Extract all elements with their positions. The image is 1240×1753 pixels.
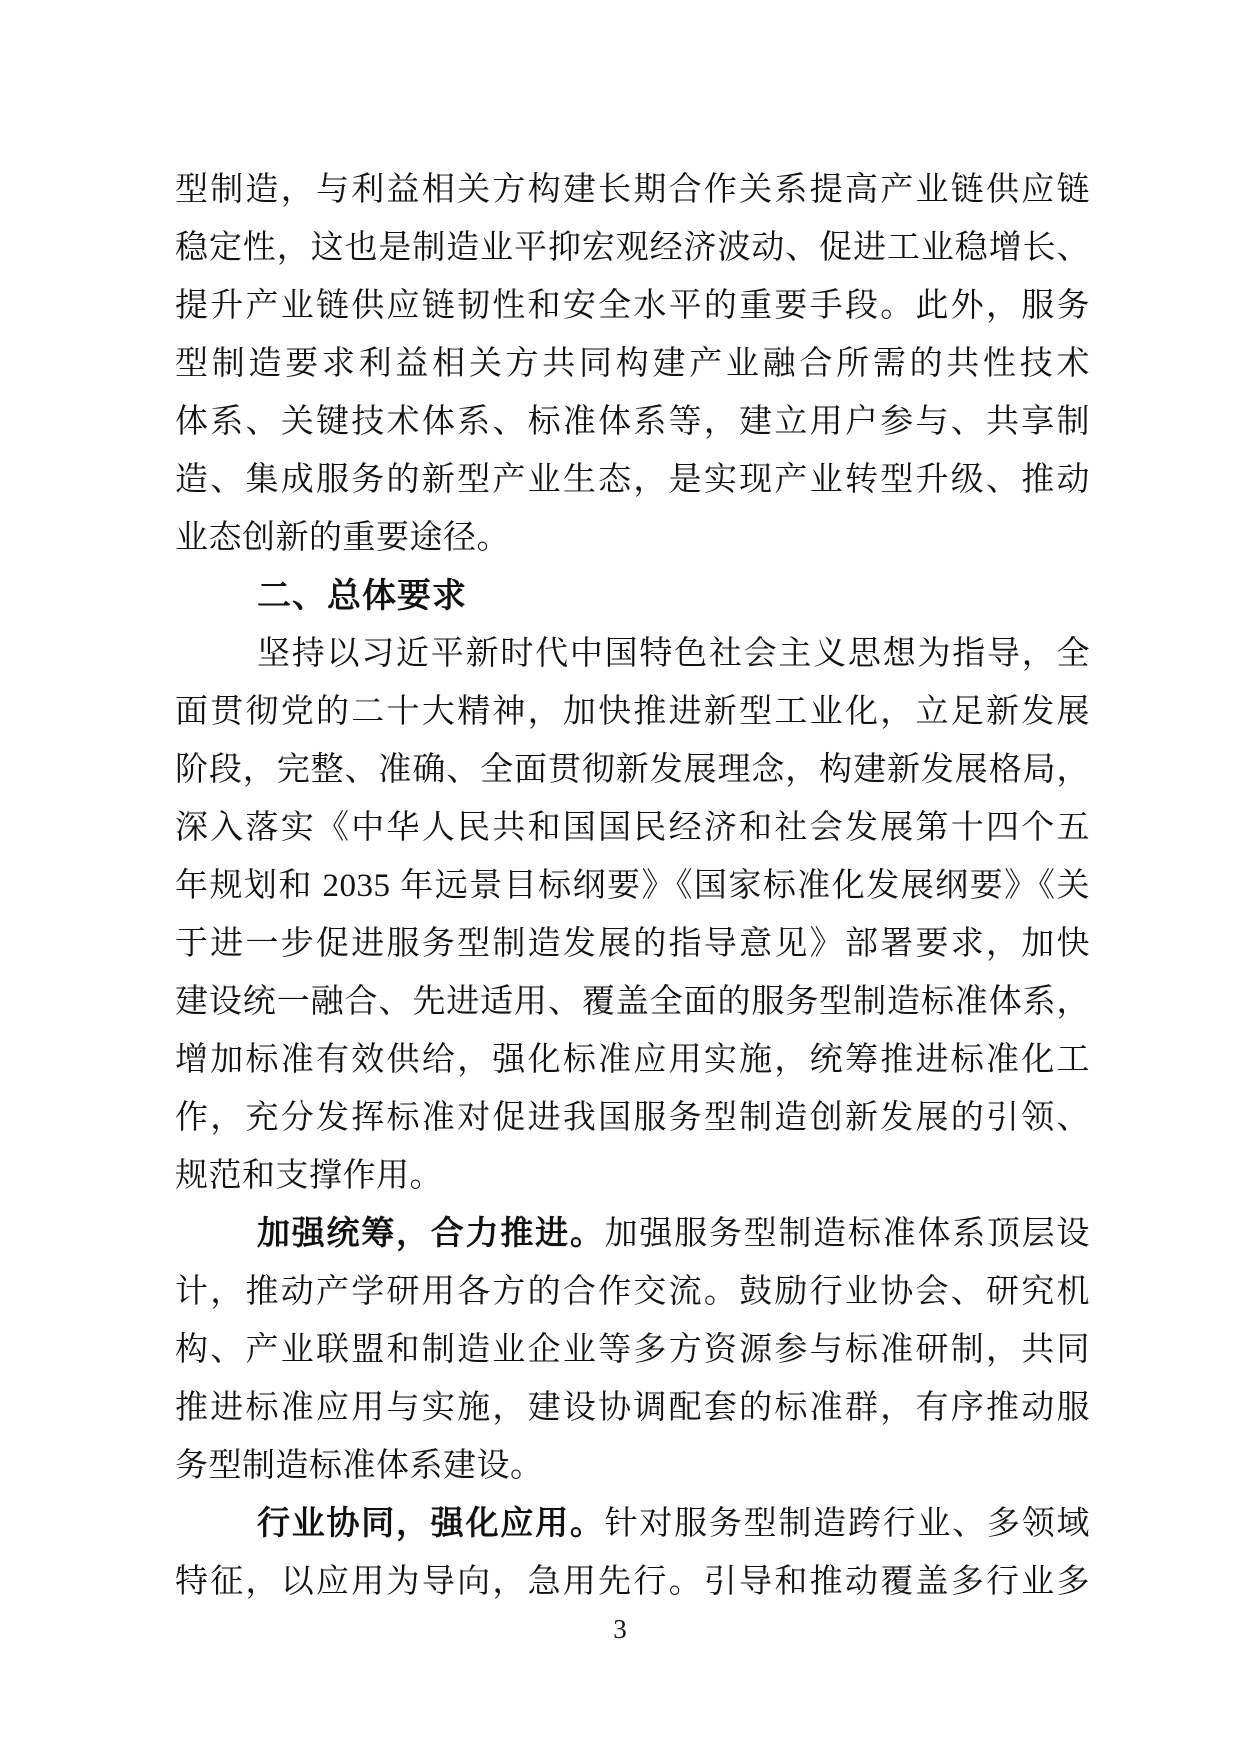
text-line: 作，充分发挥标准对促进我国服务型制造创新发展的引领、 bbox=[175, 1089, 1090, 1147]
text-line: 提升产业链供应链韧性和安全水平的重要手段。此外，服务 bbox=[175, 277, 1090, 335]
text-line: 增加标准有效供给，强化标准应用实施，统筹推进标准化工 bbox=[175, 1031, 1090, 1089]
text-line: 于进一步促进服务型制造发展的指导意见》部署要求，加快 bbox=[175, 915, 1090, 973]
text-line: 业态创新的重要途径。 bbox=[175, 509, 1090, 567]
text-line: 推进标准应用与实施，建设协调配套的标准群，有序推动服 bbox=[175, 1379, 1090, 1437]
text-line: 坚持以习近平新时代中国特色社会主义思想为指导，全 bbox=[175, 625, 1090, 683]
text-line: 加强统筹，合力推进。加强服务型制造标准体系顶层设 bbox=[175, 1205, 1090, 1263]
text-line: 行业协同，强化应用。针对服务型制造跨行业、多领域 bbox=[175, 1495, 1090, 1553]
text-line: 建设统一融合、先进适用、覆盖全面的服务型制造标准体系， bbox=[175, 973, 1090, 1031]
paragraph-4: 行业协同，强化应用。针对服务型制造跨行业、多领域 特征，以应用为导向，急用先行。… bbox=[175, 1495, 1090, 1611]
paragraph-lead: 加强统筹，合力推进。 bbox=[257, 1216, 605, 1252]
paragraph-3: 加强统筹，合力推进。加强服务型制造标准体系顶层设 计，推动产学研用各方的合作交流… bbox=[175, 1205, 1090, 1495]
text-line: 特征，以应用为导向，急用先行。引导和推动覆盖多行业多 bbox=[175, 1553, 1090, 1611]
text-line: 体系、关键技术体系、标准体系等，建立用户参与、共享制 bbox=[175, 393, 1090, 451]
paragraph-2: 坚持以习近平新时代中国特色社会主义思想为指导，全 面贯彻党的二十大精神，加快推进… bbox=[175, 625, 1090, 1205]
text-line: 务型制造标准体系建设。 bbox=[175, 1437, 1090, 1495]
text-line: 阶段，完整、准确、全面贯彻新发展理念，构建新发展格局， bbox=[175, 741, 1090, 799]
text-line: 型制造，与利益相关方构建长期合作关系提高产业链供应链 bbox=[175, 161, 1090, 219]
text-line: 计，推动产学研用各方的合作交流。鼓励行业协会、研究机 bbox=[175, 1263, 1090, 1321]
text-line: 型制造要求利益相关方共同构建产业融合所需的共性技术 bbox=[175, 335, 1090, 393]
text-line: 构、产业联盟和制造业企业等多方资源参与标准研制，共同 bbox=[175, 1321, 1090, 1379]
page-number: 3 bbox=[0, 1612, 1240, 1646]
text-run: 加强服务型制造标准体系顶层设 bbox=[605, 1216, 1090, 1252]
paragraph-1: 型制造，与利益相关方构建长期合作关系提高产业链供应链 稳定性，这也是制造业平抑宏… bbox=[175, 161, 1090, 567]
text-line: 面贯彻党的二十大精神，加快推进新型工业化，立足新发展 bbox=[175, 683, 1090, 741]
text-line: 稳定性，这也是制造业平抑宏观经济波动、促进工业稳增长、 bbox=[175, 219, 1090, 277]
section-heading: 二、总体要求 bbox=[175, 567, 1090, 625]
paragraph-lead: 行业协同，强化应用。 bbox=[257, 1506, 605, 1542]
document-page: 型制造，与利益相关方构建长期合作关系提高产业链供应链 稳定性，这也是制造业平抑宏… bbox=[0, 0, 1240, 1753]
text-line: 年规划和 2035 年远景目标纲要》《国家标准化发展纲要》《关 bbox=[175, 857, 1090, 915]
text-line: 造、集成服务的新型产业生态，是实现产业转型升级、推动 bbox=[175, 451, 1090, 509]
text-line: 规范和支撑作用。 bbox=[175, 1147, 1090, 1205]
page-content: 型制造，与利益相关方构建长期合作关系提高产业链供应链 稳定性，这也是制造业平抑宏… bbox=[175, 161, 1090, 1611]
text-line: 深入落实《中华人民共和国国民经济和社会发展第十四个五 bbox=[175, 799, 1090, 857]
text-run: 针对服务型制造跨行业、多领域 bbox=[605, 1506, 1090, 1542]
